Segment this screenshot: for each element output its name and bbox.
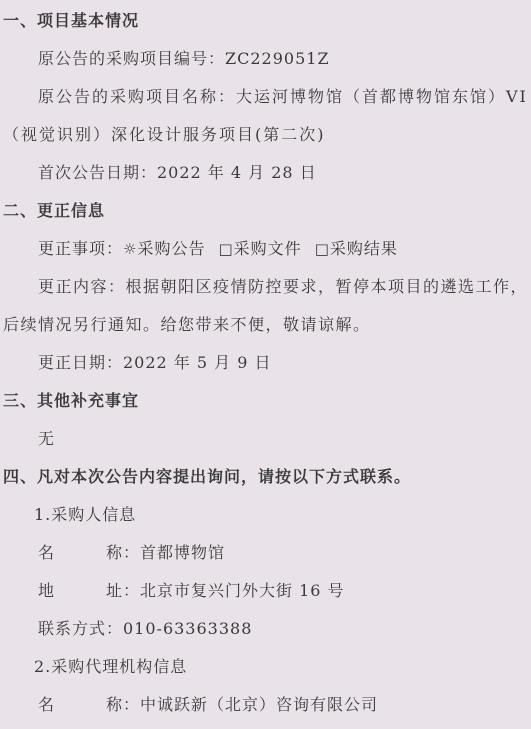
agency-name-line: 名 称：中诚跃新（北京）咨询有限公司 xyxy=(3,686,529,724)
option-procurement-results: □采购结果 xyxy=(315,239,398,258)
correction-date-line: 更正日期：2022 年 5 月 9 日 xyxy=(3,344,529,382)
unchecked-checkbox-icon: □ xyxy=(315,240,330,258)
correction-items-label: 更正事项： xyxy=(38,239,123,258)
project-name-line: 原公告的采购项目名称：大运河博物馆（首都博物馆东馆）VI（视觉识别）深化设计服务… xyxy=(3,78,529,154)
first-announcement-date-line: 首次公告日期：2022 年 4 月 28 日 xyxy=(3,154,529,192)
option-procurement-results-label: 采购结果 xyxy=(330,239,398,258)
purchaser-address-line: 地 址：北京市复兴门外大街 16 号 xyxy=(3,572,529,610)
project-number-line: 原公告的采购项目编号：ZC229051Z xyxy=(3,40,529,78)
agency-info-title: 2.采购代理机构信息 xyxy=(3,648,529,686)
section2-heading: 二、更正信息 xyxy=(3,192,529,230)
purchaser-name-line: 名 称：首都博物馆 xyxy=(3,534,529,572)
purchaser-info-title: 1.采购人信息 xyxy=(3,496,529,534)
section3-heading: 三、其他补充事宜 xyxy=(3,382,529,420)
correction-items-line: 更正事项：☼采购公告□采购文件□采购结果 xyxy=(3,230,529,268)
section1-heading: 一、项目基本情况 xyxy=(3,2,529,40)
checked-sun-icon: ☼ xyxy=(123,240,137,258)
correction-notice-document: 一、项目基本情况 原公告的采购项目编号：ZC229051Z 原公告的采购项目名称… xyxy=(0,0,531,729)
option-procurement-documents: □采购文件 xyxy=(218,239,301,258)
section4-heading: 四、凡对本次公告内容提出询问，请按以下方式联系。 xyxy=(3,458,529,496)
unchecked-checkbox-icon: □ xyxy=(218,240,233,258)
option-procurement-documents-label: 采购文件 xyxy=(234,239,302,258)
section3-content: 无 xyxy=(3,420,529,458)
option-procurement-announcement: ☼采购公告 xyxy=(123,239,205,258)
correction-content-line: 更正内容：根据朝阳区疫情防控要求，暂停本项目的遴选工作，后续情况另行通知。给您带… xyxy=(3,268,529,344)
page: { "theme": { "background": "#e9e2e8", "t… xyxy=(0,0,531,729)
option-procurement-announcement-label: 采购公告 xyxy=(137,239,205,258)
purchaser-contact-line: 联系方式：010-63363388 xyxy=(3,610,529,648)
